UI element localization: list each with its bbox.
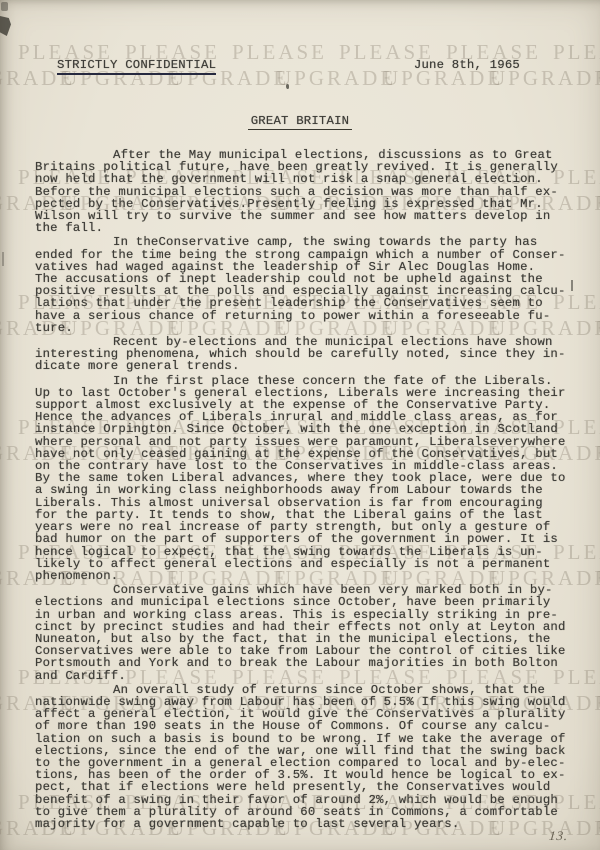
paragraph-1: After the May municipal elections, discu… xyxy=(35,149,580,234)
document-header: STRICTLY CONFIDENTIAL June 8th, 1965 xyxy=(0,0,600,75)
paragraph-5: Conservative gains which have been very … xyxy=(35,584,580,682)
paragraph-3: Recent by-elections and the municipal el… xyxy=(35,336,580,373)
right-edge-mark xyxy=(571,280,573,291)
corner-smudge xyxy=(1,2,8,11)
paragraph-4: In the first place these concern the fat… xyxy=(35,375,580,582)
document-body: After the May municipal elections, discu… xyxy=(0,130,600,830)
page-title: GREAT BRITAIN xyxy=(248,114,353,130)
classification-label: STRICTLY CONFIDENTIAL xyxy=(57,58,216,75)
title-row: GREAT BRITAIN xyxy=(0,114,600,130)
left-edge-mark xyxy=(2,252,4,266)
document-date: June 8th, 1965 xyxy=(414,58,520,72)
paragraph-2: In theConservative camp, the swing towar… xyxy=(35,236,580,334)
page-number: 13. xyxy=(548,828,569,844)
typed-content: STRICTLY CONFIDENTIAL June 8th, 1965 GRE… xyxy=(0,0,600,830)
ink-speck xyxy=(286,84,289,89)
document-page: PLEASEPLEASEPLEASEPLEASEPLEASEPLEASEUPGR… xyxy=(0,0,600,850)
paragraph-6: An overall study of returns since Octobe… xyxy=(35,684,580,830)
